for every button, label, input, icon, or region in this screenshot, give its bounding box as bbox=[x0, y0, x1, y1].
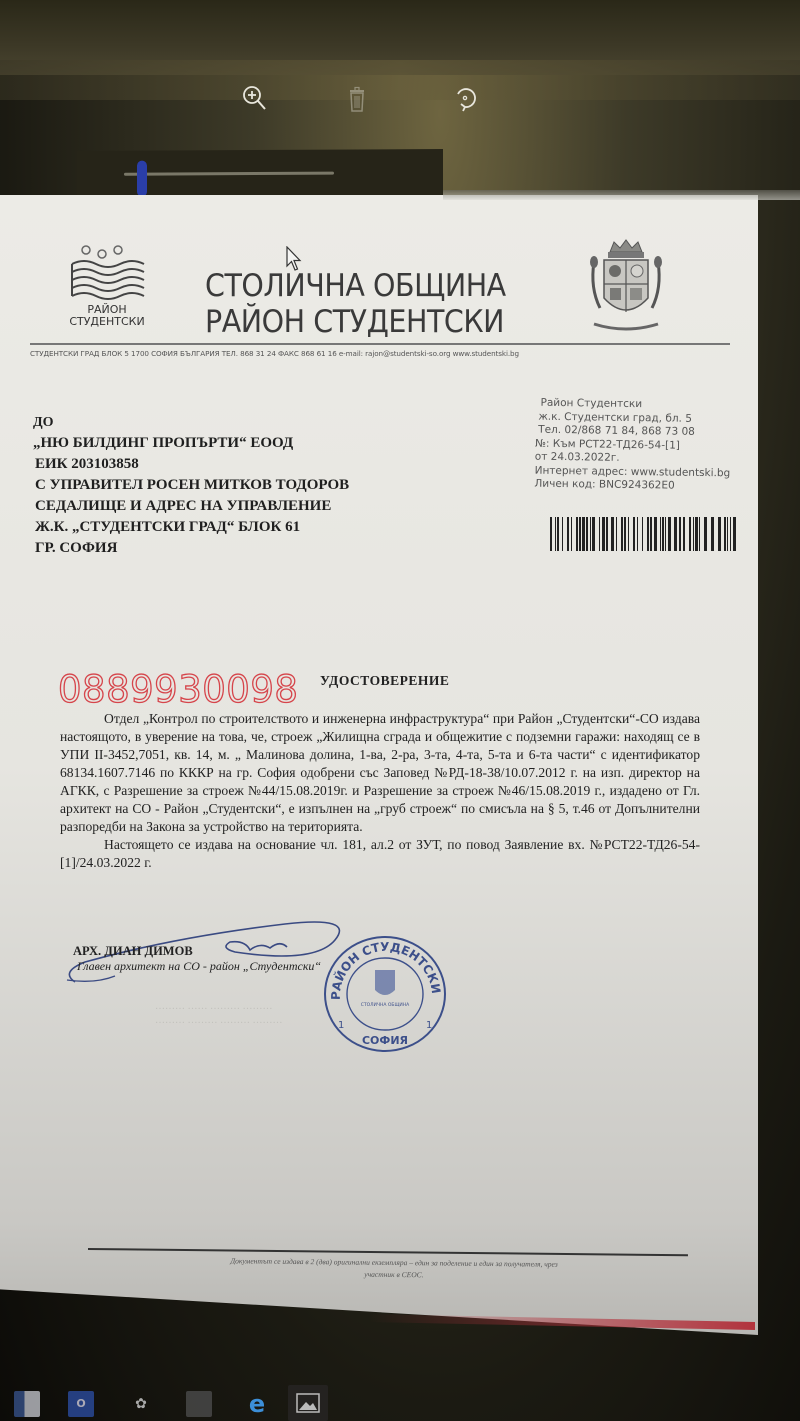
recipient-line: ЕИК 203103858 bbox=[33, 454, 349, 475]
waves-logo-icon bbox=[62, 240, 152, 304]
bleed-through-text: ……… …… ……… ……… ……… ……… ……… ……… bbox=[155, 1000, 283, 1028]
recipient-block: ДО „НЮ БИЛДИНГ ПРОПЪРТИ“ ЕООД ЕИК 203103… bbox=[33, 412, 349, 559]
coat-of-arms-icon bbox=[580, 238, 672, 338]
trash-icon bbox=[338, 80, 378, 120]
svg-text:1: 1 bbox=[338, 1020, 344, 1031]
sofia-crest bbox=[580, 238, 672, 338]
ie-icon: e bbox=[249, 1390, 265, 1418]
recipient-line: С УПРАВИТЕЛ РОСЕН МИТКОВ ТОДОРОВ bbox=[33, 475, 349, 496]
recipient-line: Ж.К. „СТУДЕНТСКИ ГРАД“ БЛОК 61 bbox=[33, 517, 349, 538]
svg-text:1: 1 bbox=[426, 1020, 432, 1031]
signer-role: Главен архитект на СО - район „Студентск… bbox=[77, 959, 321, 974]
recipient-line: ДО bbox=[33, 412, 349, 433]
taskbar-app[interactable]: ✿ bbox=[128, 1391, 154, 1417]
taskbar-outlook[interactable]: O bbox=[68, 1391, 94, 1417]
signer-block: АРХ. ДИАН ДИМОВ Главен архитект на СО - … bbox=[73, 944, 321, 974]
rotate-icon bbox=[445, 80, 485, 120]
letterhead-title: СТОЛИЧНА ОБЩИНА РАЙОН СТУДЕНТСКИ bbox=[205, 268, 506, 340]
zoom-in-button[interactable] bbox=[236, 80, 276, 120]
taskbar: O ✿ e bbox=[0, 1385, 800, 1421]
title-line2: РАЙОН СТУДЕНТСКИ bbox=[205, 304, 506, 340]
recipient-line: ГР. СОФИЯ bbox=[33, 538, 349, 559]
zoom-slider-thumb[interactable] bbox=[137, 161, 147, 197]
delete-button[interactable] bbox=[338, 80, 378, 120]
sender-line: Личен код: BNC924362E0 bbox=[534, 478, 730, 494]
photos-icon bbox=[296, 1393, 320, 1413]
taskbar-photos[interactable] bbox=[288, 1385, 328, 1421]
signer-name: АРХ. ДИАН ДИМОВ bbox=[73, 944, 321, 959]
document-title: УДОСТОВЕРЕНИЕ bbox=[320, 673, 449, 689]
district-logo: РАЙОН СТУДЕНТСКИ bbox=[62, 240, 152, 340]
barcode bbox=[550, 517, 740, 551]
recipient-line: „НЮ БИЛДИНГ ПРОПЪРТИ“ ЕООД bbox=[33, 433, 349, 454]
svg-text:СТОЛИЧНА ОБЩИНА: СТОЛИЧНА ОБЩИНА bbox=[361, 1002, 410, 1008]
rotate-button[interactable] bbox=[445, 80, 485, 120]
letterhead-divider bbox=[30, 343, 730, 345]
zoom-slider-track[interactable] bbox=[124, 172, 334, 176]
taskbar-word[interactable] bbox=[14, 1391, 40, 1417]
body-paragraph-2: Настоящето се издава на основание чл. 18… bbox=[60, 836, 700, 872]
outlook-icon: O bbox=[76, 1397, 85, 1410]
phone-watermark: 0889930098 bbox=[58, 668, 298, 711]
official-stamp: РАЙОН СТУДЕНТСКИ СОФИЯ СТОЛИЧНА ОБЩИНА 1… bbox=[318, 930, 452, 1054]
page-top-edge bbox=[443, 190, 800, 200]
letterhead-contacts: СТУДЕНТСКИ ГРАД БЛОК 5 1700 СОФИЯ БЪЛГАР… bbox=[30, 349, 760, 358]
document-body: Отдел „Контрол по строителството и инжен… bbox=[60, 710, 700, 872]
logo-caption-line2: СТУДЕНТСКИ bbox=[62, 316, 152, 328]
zoom-in-icon bbox=[236, 80, 276, 120]
viewer-toolbar bbox=[0, 70, 800, 130]
sender-block: Район Студентски ж.к. Студентски град, б… bbox=[534, 397, 731, 494]
taskbar-internet-explorer[interactable]: e bbox=[244, 1391, 270, 1417]
recipient-line: СЕДАЛИЩЕ И АДРЕС НА УПРАВЛЕНИЕ bbox=[33, 496, 349, 517]
mouse-cursor bbox=[286, 246, 302, 274]
app-icon: ✿ bbox=[135, 1396, 147, 1412]
taskbar-app2[interactable] bbox=[186, 1391, 212, 1417]
title-line1: СТОЛИЧНА ОБЩИНА bbox=[205, 268, 506, 304]
pointer-cursor-icon bbox=[286, 246, 302, 274]
body-paragraph-1: Отдел „Контрол по строителството и инжен… bbox=[60, 710, 700, 836]
svg-text:СОФИЯ: СОФИЯ bbox=[362, 1034, 408, 1047]
